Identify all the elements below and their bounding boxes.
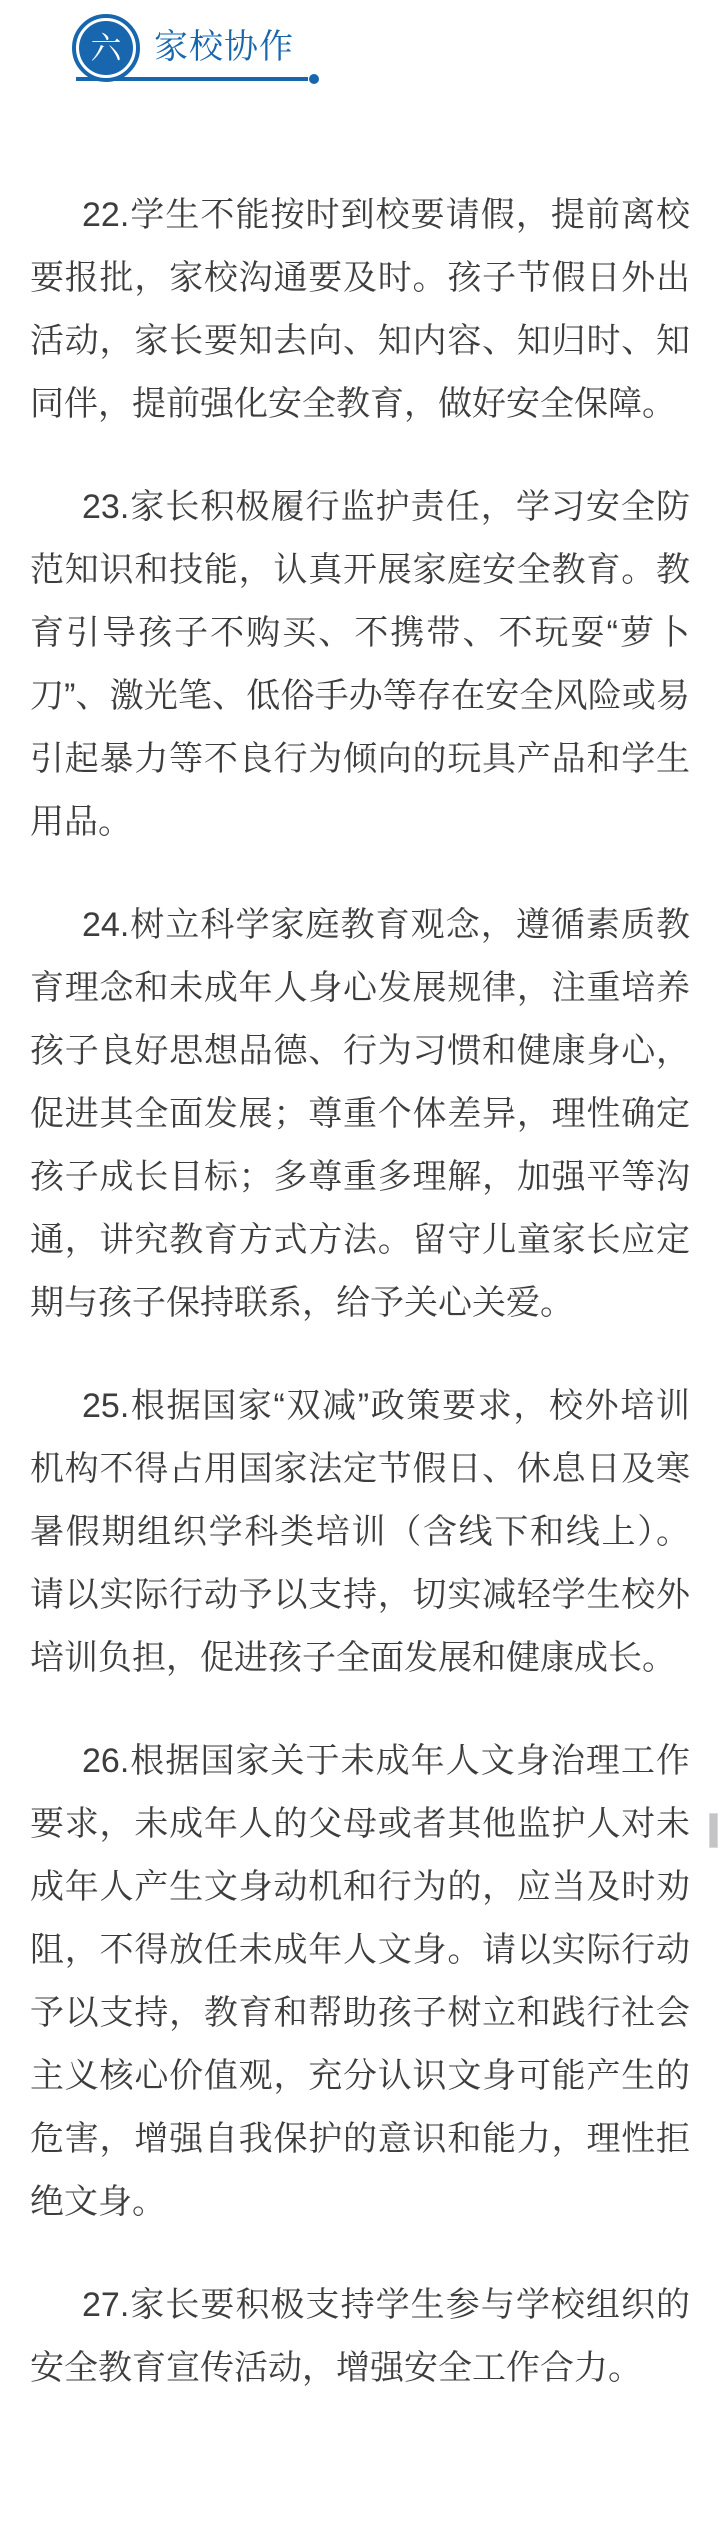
section-number-badge: 六	[72, 14, 140, 82]
paragraph-item-23: 23.家长积极履行监护责任，学习安全防范知识和技能，认真开展家庭安全教育。教育引…	[30, 476, 690, 854]
article-body: 22.学生不能按时到校要请假，提前离校要报批，家校沟通要及时。孩子节假日外出活动…	[0, 184, 720, 2400]
paragraph-item-24: 24.树立科学家庭教育观念，遵循素质教育理念和未成年人身心发展规律，注重培养孩子…	[30, 894, 690, 1335]
badge-number: 六	[79, 21, 133, 75]
paragraph-item-27: 27.家长要积极支持学生参与学校组织的安全教育宣传活动，增强安全工作合力。	[30, 2274, 690, 2400]
scrollbar-thumb[interactable]	[709, 1813, 718, 1848]
paragraph-item-25: 25.根据国家“双减”政策要求，校外培训机构不得占用国家法定节假日、休息日及寒暑…	[30, 1375, 690, 1690]
section-header: 六 家校协作	[0, 0, 720, 92]
paragraph-item-26: 26.根据国家关于未成年人文身治理工作要求，未成年人的父母或者其他监护人对未成年…	[30, 1730, 690, 2234]
paragraph-item-22: 22.学生不能按时到校要请假，提前离校要报批，家校沟通要及时。孩子节假日外出活动…	[30, 184, 690, 436]
section-title: 家校协作	[154, 29, 294, 65]
